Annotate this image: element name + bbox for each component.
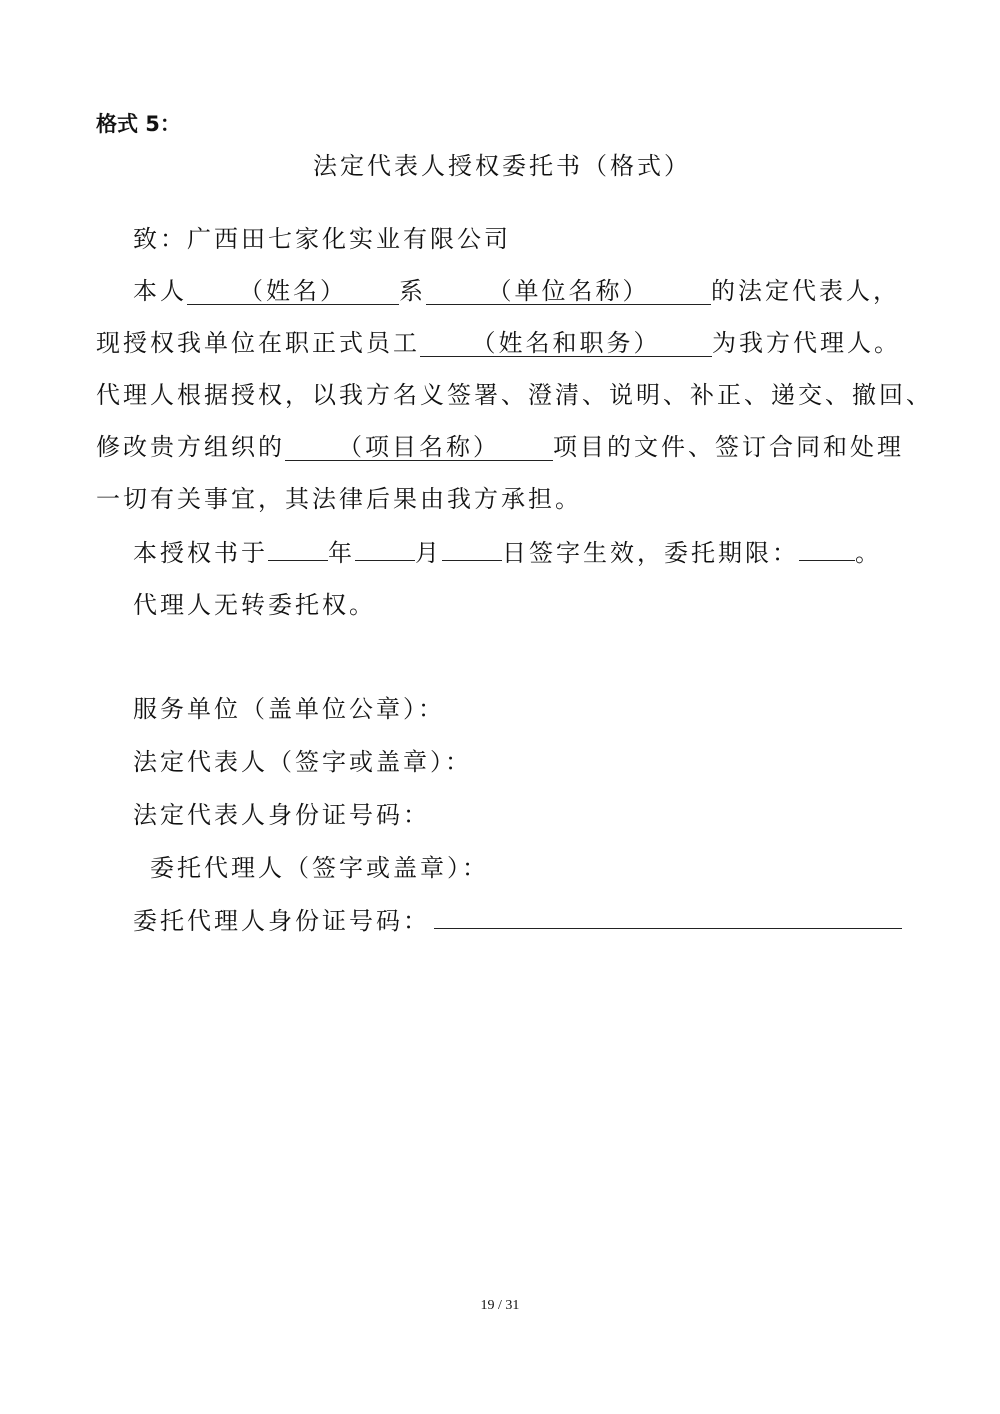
paragraph-effective-date: 本授权书于年月日签字生效，委托期限：。 [133, 538, 882, 568]
signature-legal-rep: 法定代表人（签字或盖章）： [133, 747, 472, 777]
signature-service-unit: 服务单位（盖单位公章）： [133, 694, 445, 724]
unit-name-field[interactable]: （单位名称） [426, 278, 711, 305]
text: 月 [415, 539, 442, 567]
text: 。 [855, 539, 882, 567]
paragraph-liability: 一切有关事宜，其法律后果由我方承担。 [96, 484, 582, 514]
term-field[interactable] [799, 538, 855, 561]
project-name-field[interactable]: （项目名称） [285, 434, 553, 461]
text: 年 [328, 539, 355, 567]
legal-rep-id-number: 法定代表人身份证号码： [133, 800, 430, 830]
document-title: 法定代表人授权委托书（格式） [313, 146, 691, 181]
paragraph-representative: 本人（姓名）系（单位名称）的法定代表人， [133, 276, 900, 306]
text: 本授权书于 [133, 539, 268, 567]
text: 系 [399, 277, 426, 305]
paragraph-agent: 现授权我单位在职正式员工（姓名和职务）为我方代理人。 [96, 328, 901, 358]
text: 日签字生效，委托期限： [502, 539, 799, 567]
year-field[interactable] [268, 538, 328, 561]
month-field[interactable] [355, 538, 415, 561]
text: 项目的文件、签订合同和处理 [553, 433, 904, 461]
format-label: 格式 5： [96, 108, 181, 138]
paragraph-project: 修改贵方组织的（项目名称）项目的文件、签订合同和处理 [96, 432, 904, 462]
agent-id-field[interactable] [434, 906, 902, 929]
text: 为我方代理人。 [712, 329, 901, 357]
text: 的法定代表人， [711, 277, 900, 305]
day-field[interactable] [442, 538, 502, 561]
agent-id-number: 委托代理人身份证号码： [133, 906, 902, 936]
name-field[interactable]: （姓名） [187, 278, 399, 305]
text: 现授权我单位在职正式员工 [96, 329, 420, 357]
label: 委托代理人身份证号码： [133, 907, 430, 935]
paragraph-no-subdelegation: 代理人无转委托权。 [133, 590, 376, 620]
paragraph-authority: 代理人根据授权，以我方名义签署、澄清、说明、补正、递交、撤回、 [96, 380, 933, 410]
agent-name-field[interactable]: （姓名和职务） [420, 330, 712, 357]
signature-agent: 委托代理人（签字或盖章）： [150, 853, 489, 883]
page-number: 19 / 31 [0, 1298, 1000, 1314]
text: 修改贵方组织的 [96, 433, 285, 461]
text: 本人 [133, 277, 187, 305]
addressee: 致：广西田七家化实业有限公司 [133, 224, 511, 254]
